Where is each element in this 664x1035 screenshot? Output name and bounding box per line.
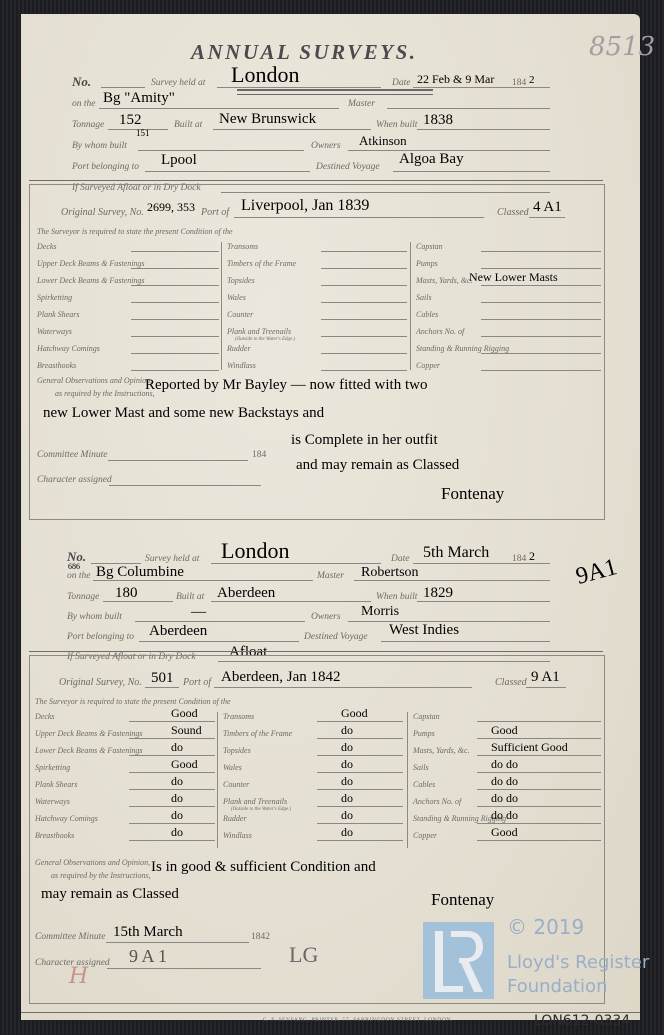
- condition-label: Waterways: [37, 327, 72, 336]
- document-title: ANNUAL SURVEYS.: [191, 40, 418, 65]
- committee-minute-label: Committee Minute: [35, 932, 105, 942]
- survey-1-when-built: 1838: [423, 112, 453, 129]
- condition-label: Wales: [223, 763, 242, 772]
- no-label: No.: [72, 74, 91, 90]
- survey-1-observation-line-2: new Lower Mast and some new Backstays an…: [43, 405, 324, 422]
- condition-value: Sound: [171, 723, 202, 738]
- condition-label: Breasthooks: [35, 831, 74, 840]
- master-label: Master: [348, 99, 375, 109]
- title-underline: [237, 89, 433, 95]
- tonnage-label: Tonnage: [67, 592, 99, 602]
- observations-label-1: General Observations and Opinion,: [37, 376, 152, 385]
- condition-label: Lower Deck Beams & Fastenings: [35, 746, 143, 755]
- column-divider: [407, 712, 408, 848]
- survey-1-surveyor-signature: Fontenay: [441, 484, 504, 504]
- port-of-label: Port of: [201, 207, 229, 218]
- condition-value: do: [341, 791, 353, 806]
- classed-label: Classed: [497, 207, 529, 218]
- condition-label: Capstan: [416, 242, 443, 251]
- condition-value: do: [341, 723, 353, 738]
- printer-imprint: C. F. SEYFANG, PRINTER, 57, FARRINGDON S…: [263, 1017, 453, 1023]
- survey-1-owners: Atkinson: [359, 133, 407, 149]
- column-divider: [221, 242, 222, 370]
- reference-code: LON612-0334: [534, 1013, 630, 1029]
- by-whom-built-label: By whom built: [72, 141, 127, 151]
- red-pencil-mark: H: [69, 964, 88, 989]
- condition-label: Capstan: [413, 712, 440, 721]
- condition-label: Pumps: [416, 259, 438, 268]
- destined-voyage-label: Destined Voyage: [304, 632, 368, 642]
- survey-2-observation-line-2: may remain as Classed: [41, 886, 179, 903]
- condition-value: do: [341, 808, 353, 823]
- condition-value: do: [341, 825, 353, 840]
- by-whom-built-label: By whom built: [67, 612, 122, 622]
- when-built-label: When built: [376, 592, 417, 602]
- survey-1-observation-line-4: and may remain as Classed: [296, 457, 459, 474]
- survey-1-builder-note: 151: [136, 128, 150, 138]
- surveyor-instruction: The Surveyor is required to state the pr…: [35, 697, 231, 706]
- survey-1-date: 22 Feb & 9 Mar: [417, 72, 494, 87]
- tonnage-label: Tonnage: [72, 120, 104, 130]
- when-built-label: When built: [376, 120, 417, 130]
- condition-label: Topsides: [223, 746, 251, 755]
- survey-2-vessel: Bg Columbine: [96, 564, 184, 581]
- committee-minute-label: Committee Minute: [37, 450, 107, 460]
- condition-label: Transoms: [223, 712, 254, 721]
- survey-held-label: Survey held at: [145, 554, 199, 564]
- survey-2-observation-line-1: Is in good & sufficient Condition and: [151, 859, 376, 876]
- survey-1-observation-line-3: is Complete in her outfit: [291, 432, 438, 449]
- condition-label: Decks: [35, 712, 55, 721]
- surveyor-instruction: The Surveyor is required to state the pr…: [37, 227, 233, 236]
- survey-2-no: 686: [68, 562, 80, 571]
- condition-label: Plank and Treenails: [223, 797, 287, 806]
- watermark-line-2: Foundation: [507, 976, 607, 997]
- survey-2-committee-initials: LG: [289, 942, 318, 968]
- condition-label: Cables: [416, 310, 438, 319]
- survey-1-original-no: 2699, 353: [147, 200, 195, 215]
- survey-2-original-port: Aberdeen, Jan 1842: [221, 669, 341, 686]
- on-the-label: on the: [72, 99, 95, 109]
- condition-label: Sails: [416, 293, 432, 302]
- lr-logo-icon: [423, 922, 494, 999]
- survey-2-port-belonging: Aberdeen: [149, 623, 207, 640]
- survey-2-committee-minute: 15th March: [113, 924, 183, 941]
- condition-value: do: [171, 825, 183, 840]
- survey-held-label: Survey held at: [151, 78, 205, 88]
- committee-year: 1842: [251, 932, 270, 942]
- condition-value: Good: [491, 723, 518, 738]
- condition-label: Timbers of the Frame: [223, 729, 292, 738]
- observations-label-2: as required by the Instructions,: [55, 389, 155, 398]
- survey-1-held-at: London: [231, 62, 299, 88]
- condition-label: Upper Deck Beams & Fastenings: [37, 259, 145, 268]
- plank-note: (Outside to the Water's Edge.): [231, 807, 291, 812]
- survey-2-built-at: Aberdeen: [217, 585, 275, 602]
- original-survey-label: Original Survey, No.: [61, 207, 144, 218]
- condition-value: do: [341, 774, 353, 789]
- survey-2-year-suffix: 2: [529, 549, 535, 564]
- observations-label-2: as required by the Instructions,: [51, 871, 151, 880]
- classed-label: Classed: [495, 677, 527, 688]
- condition-value: do: [341, 757, 353, 772]
- condition-label: Hatchway Comings: [37, 344, 100, 353]
- condition-label: Standing & Running Rigging: [416, 344, 509, 353]
- survey-document-page: ANNUAL SURVEYS. 8513 No. Survey held at …: [21, 14, 640, 1020]
- survey-2-by-whom-built: —: [191, 604, 206, 621]
- built-at-label: Built at: [176, 592, 204, 602]
- master-label: Master: [317, 571, 344, 581]
- condition-label: Waterways: [35, 797, 70, 806]
- condition-label: Plank and Treenails: [227, 327, 291, 336]
- destined-voyage-label: Destined Voyage: [316, 162, 380, 172]
- survey-2-original-no: 501: [151, 670, 174, 687]
- character-assigned-label: Character assigned: [37, 475, 112, 485]
- built-at-label: Built at: [174, 120, 202, 130]
- condition-label: Topsides: [227, 276, 255, 285]
- condition-value: Good: [341, 706, 368, 721]
- on-the-label: on the: [67, 571, 90, 581]
- condition-label: Rudder: [223, 814, 247, 823]
- condition-label: Spirketting: [37, 293, 72, 302]
- condition-value: Good: [171, 757, 198, 772]
- condition-label: Copper: [413, 831, 437, 840]
- condition-label: Anchors No. of: [416, 327, 464, 336]
- survey-1-observation-line-1: Reported by Mr Bayley — now fitted with …: [145, 377, 427, 394]
- condition-value: Sufficient Good: [491, 740, 568, 755]
- condition-label: Plank Shears: [37, 310, 79, 319]
- watermark-line-1: Lloyd's Register: [507, 952, 649, 973]
- condition-label: Spirketting: [35, 763, 70, 772]
- survey-2-owners: Morris: [361, 604, 399, 620]
- condition-value: do: [171, 740, 183, 755]
- condition-label: Anchors No. of: [413, 797, 461, 806]
- condition-label: Upper Deck Beams & Fastenings: [35, 729, 143, 738]
- condition-label: Plank Shears: [35, 780, 77, 789]
- condition-label: Cables: [413, 780, 435, 789]
- date-label: Date: [392, 78, 410, 88]
- condition-label: Copper: [416, 361, 440, 370]
- condition-label: Windlass: [223, 831, 252, 840]
- survey-2-date: 5th March: [423, 544, 489, 562]
- condition-label: Breasthooks: [37, 361, 76, 370]
- condition-value: Good: [491, 825, 518, 840]
- port-belonging-label: Port belonging to: [72, 162, 139, 172]
- port-belonging-label: Port belonging to: [67, 632, 134, 642]
- condition-value: do: [341, 740, 353, 755]
- watermark-copyright: © 2019: [507, 915, 584, 939]
- survey-2-character-assigned: 9 A 1: [129, 946, 167, 967]
- column-divider: [410, 242, 411, 370]
- survey-2-held-at: London: [221, 538, 289, 564]
- condition-value: do do: [491, 757, 518, 772]
- survey-1-classed: 4 A1: [533, 199, 562, 216]
- condition-label: Sails: [413, 763, 429, 772]
- column-divider: [217, 712, 218, 848]
- condition-value: New Lower Masts: [469, 270, 558, 285]
- condition-label: Hatchway Comings: [35, 814, 98, 823]
- survey-1-destined-voyage: Algoa Bay: [399, 151, 464, 168]
- condition-label: Decks: [37, 242, 57, 251]
- condition-label: Pumps: [413, 729, 435, 738]
- observations-label-1: General Observations and Opinion,: [35, 858, 150, 867]
- year-prefix: 184: [512, 78, 526, 88]
- survey-2-margin-mark: 9A1: [573, 554, 620, 591]
- survey-2-destined-voyage: West Indies: [389, 622, 459, 639]
- survey-1-vessel: Bg "Amity": [103, 90, 175, 107]
- survey-2-surveyor-signature: Fontenay: [431, 890, 494, 910]
- survey-1-built-at: New Brunswick: [219, 111, 316, 128]
- survey-1-year-suffix: 2: [529, 74, 535, 86]
- condition-value: do: [171, 774, 183, 789]
- port-of-label: Port of: [183, 677, 211, 688]
- condition-label: Rudder: [227, 344, 251, 353]
- survey-1-original-port: Liverpool, Jan 1839: [241, 197, 369, 215]
- survey-1-port-belonging: Lpool: [161, 152, 197, 169]
- committee-year: 184: [252, 450, 266, 460]
- condition-value: do do: [491, 791, 518, 806]
- condition-value: do do: [491, 774, 518, 789]
- condition-label: Transoms: [227, 242, 258, 251]
- survey-2-tonnage: 180: [115, 585, 138, 602]
- owners-label: Owners: [311, 141, 341, 151]
- condition-label: Lower Deck Beams & Fastenings: [37, 276, 145, 285]
- condition-label: Timbers of the Frame: [227, 259, 296, 268]
- condition-label: Wales: [227, 293, 246, 302]
- survey-2-classed: 9 A1: [531, 669, 560, 686]
- folio-number: 8513: [589, 32, 655, 62]
- condition-label: Counter: [227, 310, 253, 319]
- plank-note: (Outside to the Water's Edge.): [235, 337, 295, 342]
- condition-value: do: [171, 791, 183, 806]
- condition-label: Counter: [223, 780, 249, 789]
- condition-label: Windlass: [227, 361, 256, 370]
- original-survey-label: Original Survey, No.: [59, 677, 142, 688]
- survey-1-tonnage: 152: [119, 112, 142, 129]
- date-label: Date: [391, 554, 409, 564]
- condition-value: Good: [171, 706, 198, 721]
- survey-2-master: Robertson: [361, 565, 419, 581]
- condition-value: do do: [491, 808, 518, 823]
- condition-label: Masts, Yards, &c.: [413, 746, 470, 755]
- condition-label: Masts, Yards, &c.: [416, 276, 473, 285]
- survey-2-when-built: 1829: [423, 585, 453, 602]
- condition-value: do: [171, 808, 183, 823]
- owners-label: Owners: [311, 612, 341, 622]
- year-prefix: 184: [512, 554, 526, 564]
